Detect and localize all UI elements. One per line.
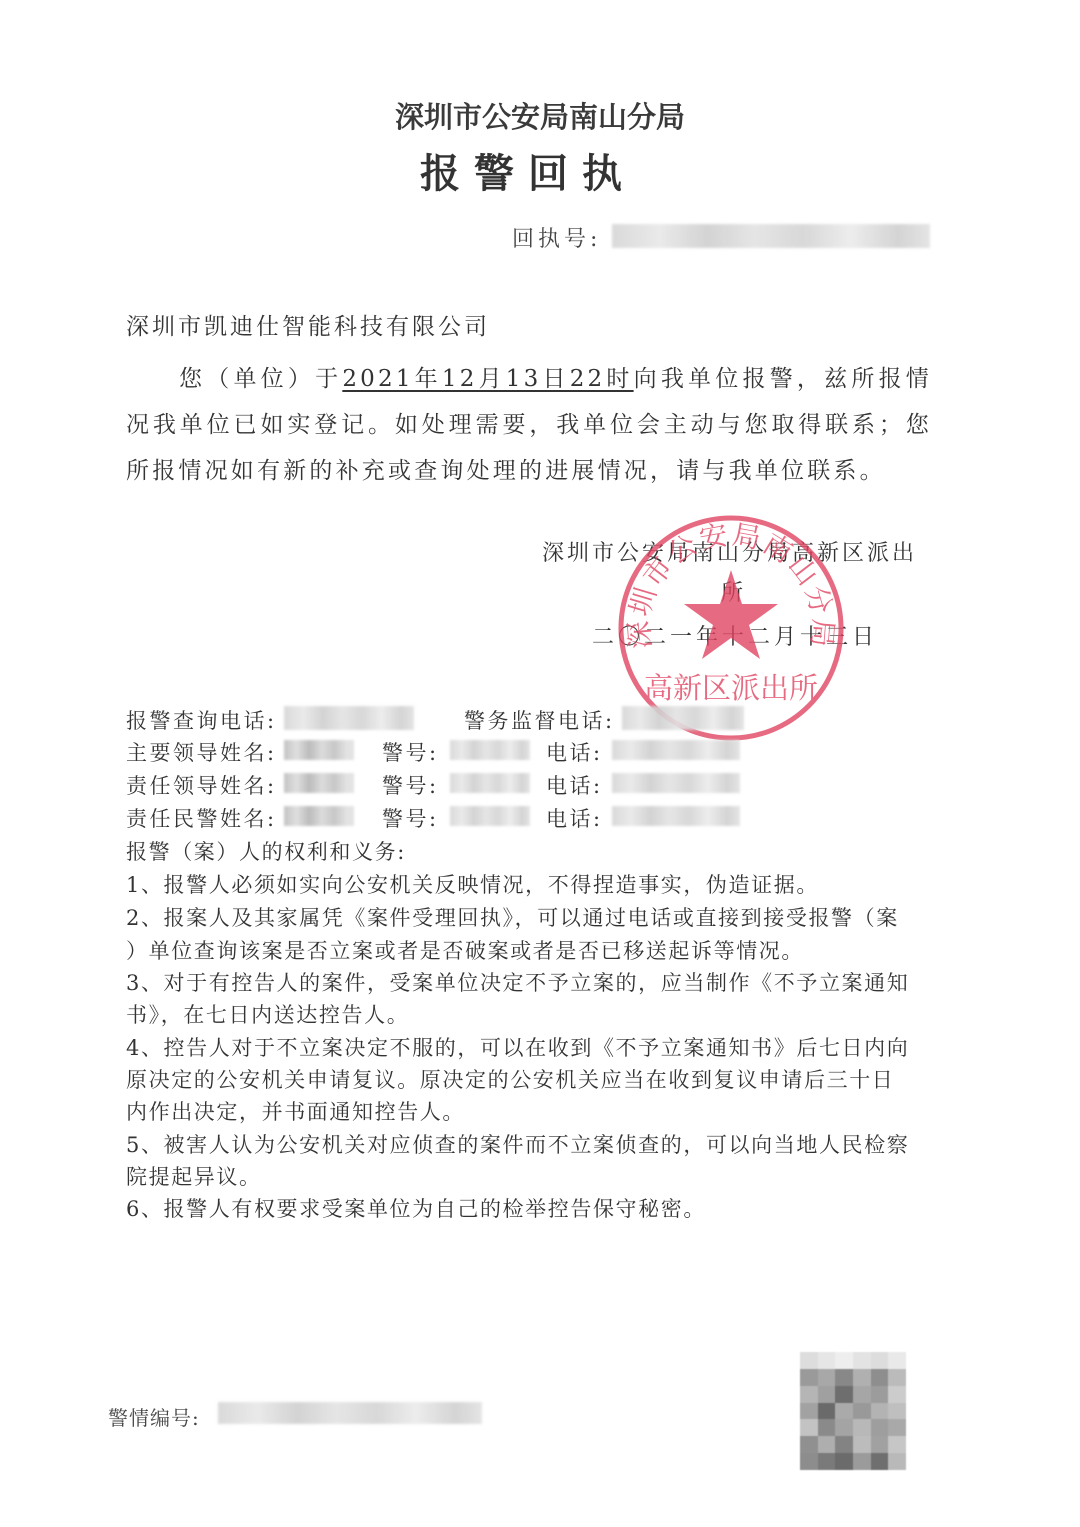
responsible-leader-badge-label: 警号: (382, 770, 439, 800)
responsible-officer-badge-label: 警号: (382, 803, 439, 833)
rights-line: 3、对于有控告人的案件，受案单位决定不予立案的，应当制作《不予立案通知 (126, 967, 909, 997)
rights-line: 院提起异议。 (126, 1161, 262, 1191)
rights-line: 5、被害人认为公安机关对应侦查的案件而不立案侦查的，可以向当地人民检察 (126, 1129, 909, 1159)
chief-leader-badge-label: 警号: (382, 737, 439, 767)
responsible-officer-phone-label: 电话: (546, 803, 603, 833)
agency-title: 深圳市公安局南山分局 (0, 95, 1080, 136)
query-phone-redacted (284, 706, 414, 730)
signing-organization-cont: 所 (721, 576, 743, 607)
query-phone-label: 报警查询电话: (126, 705, 277, 735)
responsible-leader-phone-label: 电话: (546, 770, 603, 800)
responsible-officer-name-label: 责任民警姓名: (126, 803, 277, 833)
chief-leader-phone-label: 电话: (546, 737, 603, 767)
document-title: 报警回执 (0, 142, 1056, 199)
incident-number-redacted (218, 1402, 482, 1424)
supervision-phone-redacted (622, 706, 744, 730)
responsible-leader-phone-redacted (612, 773, 740, 793)
rights-line: ）单位查询该案是否立案或者是否破案或者是否已移送起诉等情况。 (126, 935, 804, 965)
rights-line: 原决定的公安机关申请复议。原决定的公安机关应当在收到复议申请后三十日 (126, 1064, 894, 1094)
signing-date: 二〇二一年十二月十三日 (592, 620, 878, 651)
receipt-number-label: 回执号: (512, 222, 601, 253)
incident-number-label: 警情编号: (108, 1402, 200, 1431)
qr-code-icon (800, 1352, 906, 1470)
para-prefix: 您（单位）于 (178, 366, 342, 392)
svg-text:高新区派出所: 高新区派出所 (644, 671, 818, 705)
rights-heading: 报警（案）人的权利和义务: (126, 836, 406, 866)
rights-line: 内作出决定，并书面通知控告人。 (126, 1096, 465, 1126)
chief-leader-phone-redacted (612, 740, 740, 760)
responsible-officer-badge-redacted (450, 806, 530, 826)
chief-leader-badge-redacted (450, 740, 530, 760)
responsible-officer-phone-redacted (612, 806, 740, 826)
receipt-paragraph: 您（单位）于2021年12月13日22时向我单位报警，兹所报情况我单位已如实登记… (126, 356, 932, 494)
supervision-phone-label: 警务监督电话: (464, 705, 615, 735)
chief-leader-name-redacted (284, 740, 354, 760)
rights-line: 6、报警人有权要求受案单位为自己的检举控告保守秘密。 (126, 1193, 706, 1223)
rights-line: 4、控告人对于不立案决定不服的，可以在收到《不予立案通知书》后七日内向 (126, 1032, 909, 1062)
rights-line: 书》，在七日内送达控告人。 (126, 999, 409, 1029)
rights-line: 2、报案人及其家属凭《案件受理回执》，可以通过电话或直接到接受报警（案 (126, 902, 899, 932)
responsible-leader-name-label: 责任领导姓名: (126, 770, 277, 800)
responsible-leader-name-redacted (284, 773, 354, 793)
recipient-company: 深圳市凯迪仕智能科技有限公司 (126, 308, 490, 341)
signing-organization: 深圳市公安局南山分局高新区派出 (542, 536, 917, 567)
receipt-number-redacted (612, 224, 930, 248)
chief-leader-name-label: 主要领导姓名: (126, 737, 277, 767)
responsible-officer-name-redacted (284, 806, 354, 826)
responsible-leader-badge-redacted (450, 773, 530, 793)
rights-line: 1、报警人必须如实向公安机关反映情况，不得捏造事实，伪造证据。 (126, 869, 819, 899)
report-time: 2021年12月13日22时 (342, 366, 633, 392)
